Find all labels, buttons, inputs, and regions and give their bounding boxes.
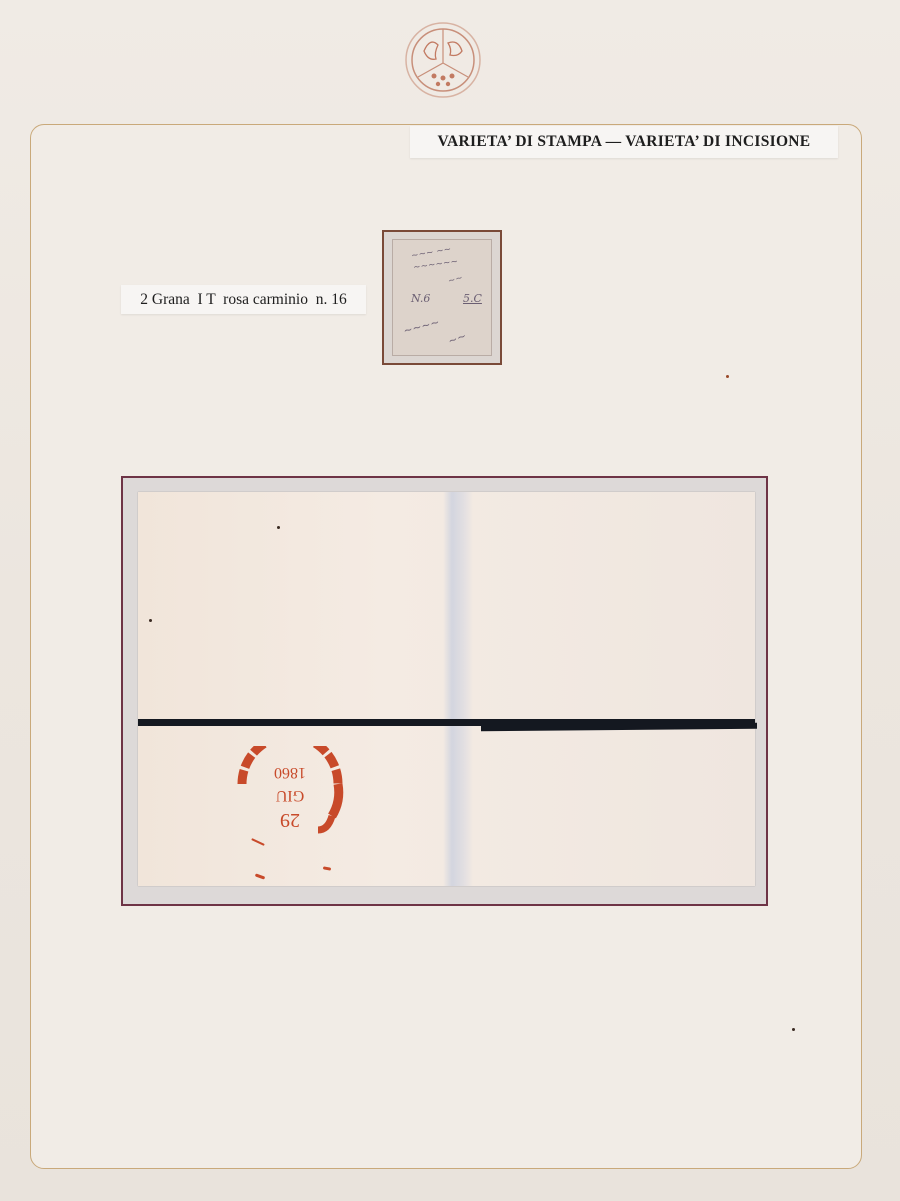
stamp-note-number: N.6 [411,292,430,305]
fold-line [443,492,473,886]
page-header-label: VARIETA’ DI STAMPA — VARIETA’ DI INCISIO… [410,126,838,158]
postmark-year: 1860 [274,764,306,781]
stamp-back: ~~~ ~~ ~~~~~~ ~~ N.6 5.C ~~~~ ~~ [392,239,492,356]
ink-stroke [255,873,265,879]
postmark-day: 29 [280,809,300,831]
paper-speck [277,526,280,529]
paper-speck [726,375,729,378]
cover-mount: 1860 GIU 29 [121,476,768,906]
postmark-month: GIU [275,787,304,804]
coat-of-arms-emblem-icon [404,21,482,99]
mourning-band-overlap [481,723,757,731]
stamp-mount: ~~~ ~~ ~~~~~~ ~~ N.6 5.C ~~~~ ~~ [382,230,502,365]
folded-letter-cover: 1860 GIU 29 [138,492,755,886]
stamp-caption: 2 Grana I T rosa carminio n. 16 [121,285,366,314]
paper-speck [792,1028,795,1031]
postmark-icon: 1860 GIU 29 [232,746,347,861]
paper-speck [149,619,152,622]
ink-stroke [323,866,331,870]
stamp-note-price: 5.C [463,292,482,305]
